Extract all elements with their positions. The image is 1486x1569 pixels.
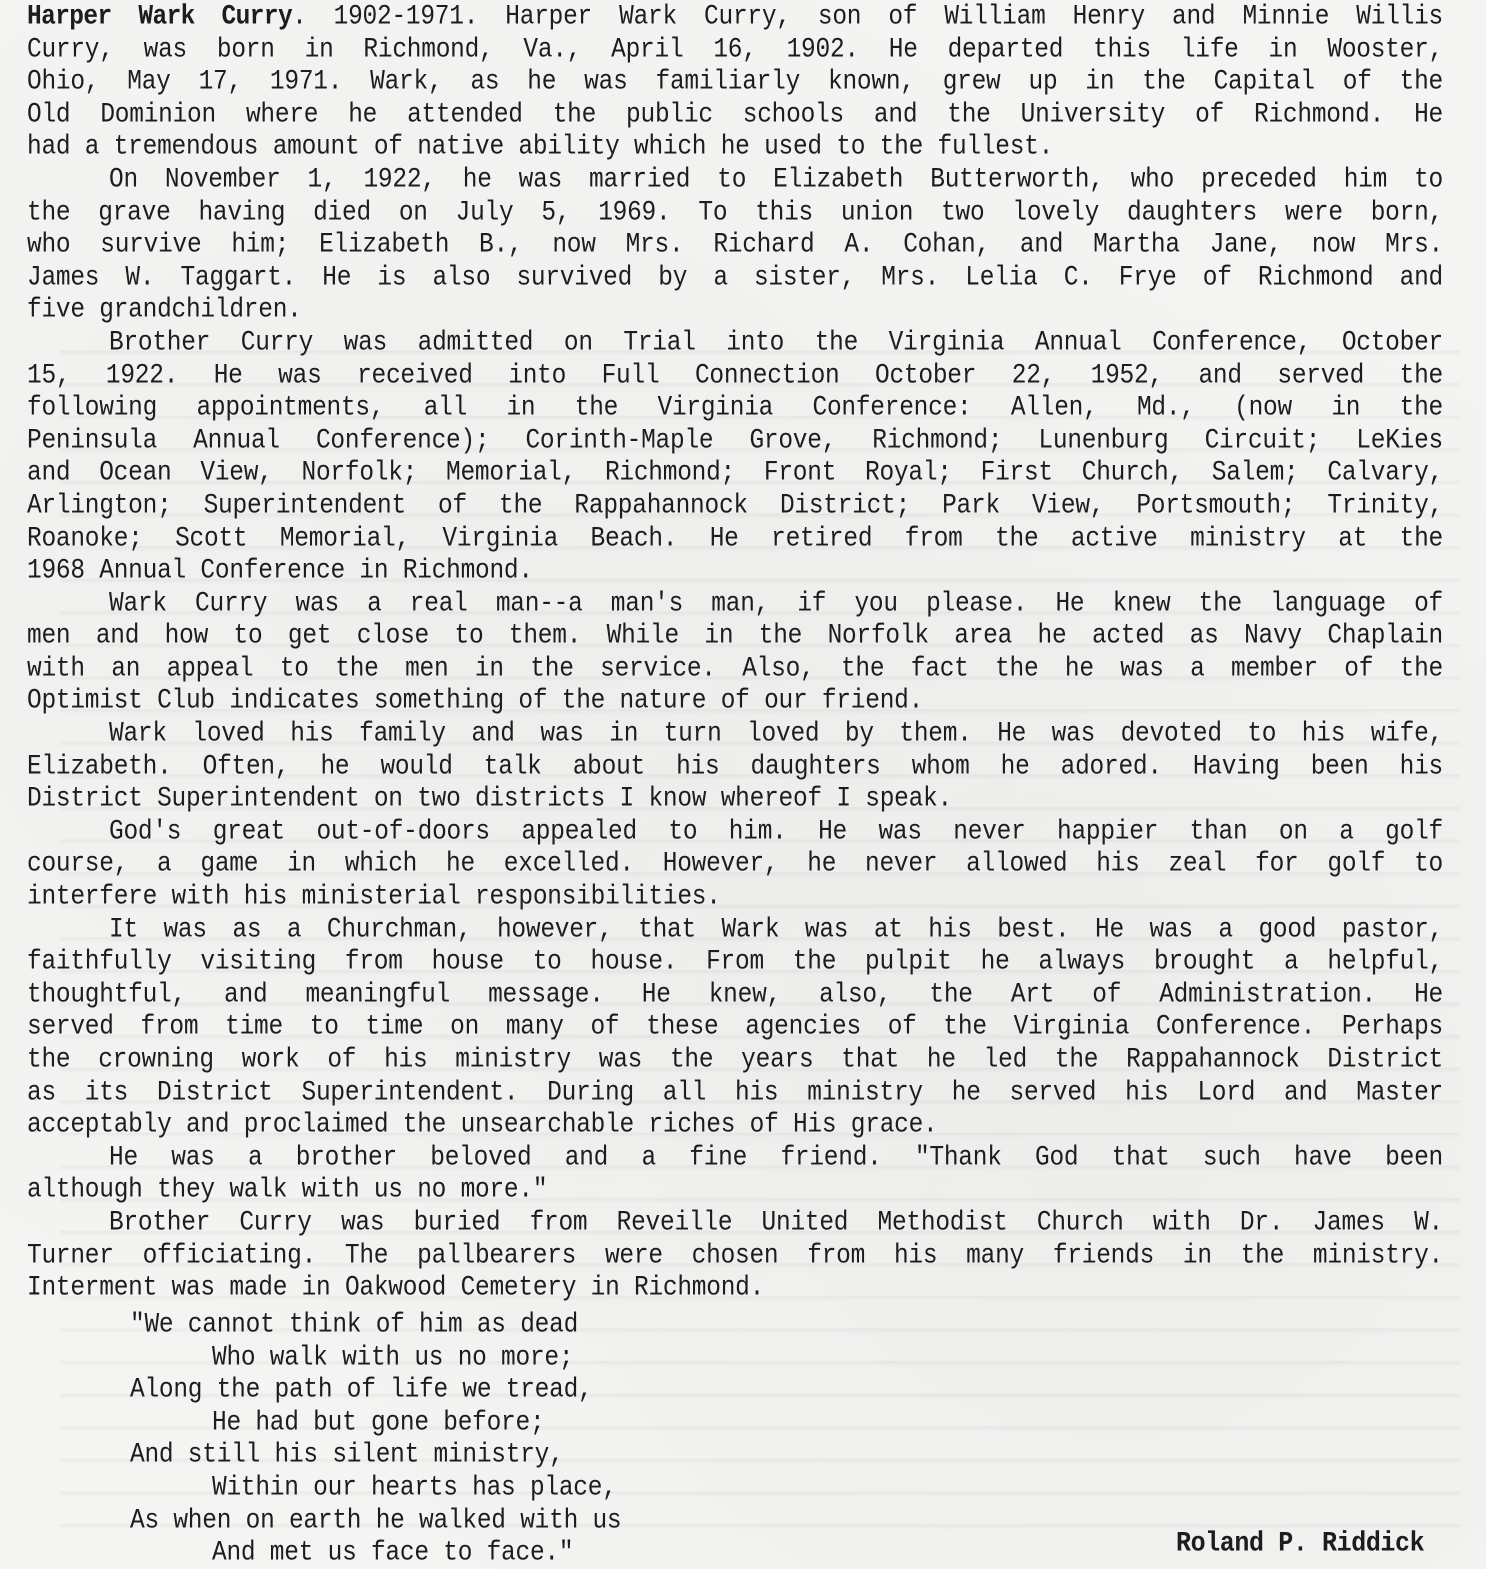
- paragraph-burial: Brother Curry was buried from Reveille U…: [27, 1208, 1443, 1306]
- intro-line-1: Harper Wark Curry. 1902-1971. Harper War…: [27, 0, 1443, 37]
- text-line: interfere with his ministerial responsib…: [27, 880, 1443, 917]
- poem-line: And met us face to face.": [212, 1536, 573, 1569]
- text-line: although they walk with us no more.": [27, 1173, 1443, 1210]
- paragraph-ministry: Brother Curry was admitted on Trial into…: [27, 328, 1443, 589]
- text-line: Brother Curry was buried from Reveille U…: [27, 1206, 1443, 1243]
- poem-line: "We cannot think of him as dead: [130, 1308, 578, 1345]
- text-line: the grave having died on July 5, 1969. T…: [27, 196, 1443, 233]
- text-line: Curry, was born in Richmond, Va., April …: [27, 33, 1443, 70]
- text-line: He was a brother beloved and a fine frie…: [27, 1141, 1443, 1178]
- author-signature: Roland P. Riddick: [1176, 1526, 1424, 1562]
- poem-line: Along the path of life we tread,: [130, 1373, 592, 1410]
- text-line: Optimist Club indicates something of the…: [27, 685, 1443, 722]
- text-line: course, a game in which he excelled. How…: [27, 847, 1443, 884]
- memoir-body: Harper Wark Curry. 1902-1971. Harper War…: [27, 2, 1443, 1306]
- poem-line: And still his silent ministry,: [130, 1438, 564, 1475]
- text-line: acceptably and proclaimed the unsearchab…: [27, 1108, 1443, 1145]
- poem-line: Within our hearts has place,: [212, 1471, 617, 1508]
- text-line: faithfully visiting from house to house.…: [27, 945, 1443, 982]
- text-line: Turner officiating. The pallbearers were…: [27, 1239, 1443, 1276]
- text-line: Wark loved his family and was in turn lo…: [27, 717, 1443, 754]
- text-line: had a tremendous amount of native abilit…: [27, 130, 1443, 167]
- text-line: 15, 1922. He was received into Full Conn…: [27, 359, 1443, 396]
- text-line: Old Dominion where he attended the publi…: [27, 98, 1443, 135]
- text-line: Peninsula Annual Conference); Corinth-Ma…: [27, 424, 1443, 461]
- text-line: Brother Curry was admitted on Trial into…: [27, 326, 1443, 363]
- poem-line: Who walk with us no more;: [212, 1341, 573, 1378]
- text-line: Wark Curry was a real man--a man's man, …: [27, 587, 1443, 624]
- text-line: five grandchildren.: [27, 293, 1443, 330]
- paragraph-churchman: It was as a Churchman, however, that War…: [27, 915, 1443, 1143]
- text-line: Elizabeth. Often, he would talk about hi…: [27, 750, 1443, 787]
- text-line: It was as a Churchman, however, that War…: [27, 913, 1443, 950]
- text-line: the crowning work of his ministry was th…: [27, 1043, 1443, 1080]
- text-line: On November 1, 1922, he was married to E…: [27, 163, 1443, 200]
- memoir-title: Harper Wark Curry: [27, 2, 292, 32]
- text-line: God's great out-of-doors appealed to him…: [27, 815, 1443, 852]
- text-line: men and how to get close to them. While …: [27, 619, 1443, 656]
- paragraph-marriage: On November 1, 1922, he was married to E…: [27, 165, 1443, 328]
- text-line: James W. Taggart. He is also survived by…: [27, 261, 1443, 298]
- paragraph-golf: God's great out-of-doors appealed to him…: [27, 817, 1443, 915]
- paragraph-brother-beloved: He was a brother beloved and a fine frie…: [27, 1143, 1443, 1208]
- memoir-dates: 1902-1971.: [334, 2, 479, 32]
- paragraph-intro: Harper Wark Curry. 1902-1971. Harper War…: [27, 2, 1443, 165]
- text-line: and Ocean View, Norfolk; Memorial, Richm…: [27, 456, 1443, 493]
- text-line: who survive him; Elizabeth B., now Mrs. …: [27, 228, 1443, 265]
- text-line: District Superintendent on two districts…: [27, 782, 1443, 819]
- text-line: with an appeal to the men in the service…: [27, 652, 1443, 689]
- intro-line-1-rest: Harper Wark Curry, son of William Henry …: [505, 2, 1443, 32]
- poem-line: He had but gone before;: [212, 1406, 544, 1443]
- text-line: following appointments, all in the Virgi…: [27, 391, 1443, 428]
- document-page: Harper Wark Curry. 1902-1971. Harper War…: [0, 0, 1486, 1569]
- text-line: Arlington; Superintendent of the Rappaha…: [27, 489, 1443, 526]
- poem-line: As when on earth he walked with us: [130, 1504, 621, 1541]
- text-line: served from time to time on many of thes…: [27, 1010, 1443, 1047]
- text-line: thoughtful, and meaningful message. He k…: [27, 978, 1443, 1015]
- paragraph-family: Wark loved his family and was in turn lo…: [27, 719, 1443, 817]
- text-line: 1968 Annual Conference in Richmond.: [27, 554, 1443, 591]
- paragraph-real-man: Wark Curry was a real man--a man's man, …: [27, 589, 1443, 719]
- text-line: Ohio, May 17, 1971. Wark, as he was fami…: [27, 65, 1443, 102]
- text-line: as its District Superintendent. During a…: [27, 1076, 1443, 1113]
- text-line: Roanoke; Scott Memorial, Virginia Beach.…: [27, 522, 1443, 559]
- text-line: Interment was made in Oakwood Cemetery i…: [27, 1271, 1443, 1308]
